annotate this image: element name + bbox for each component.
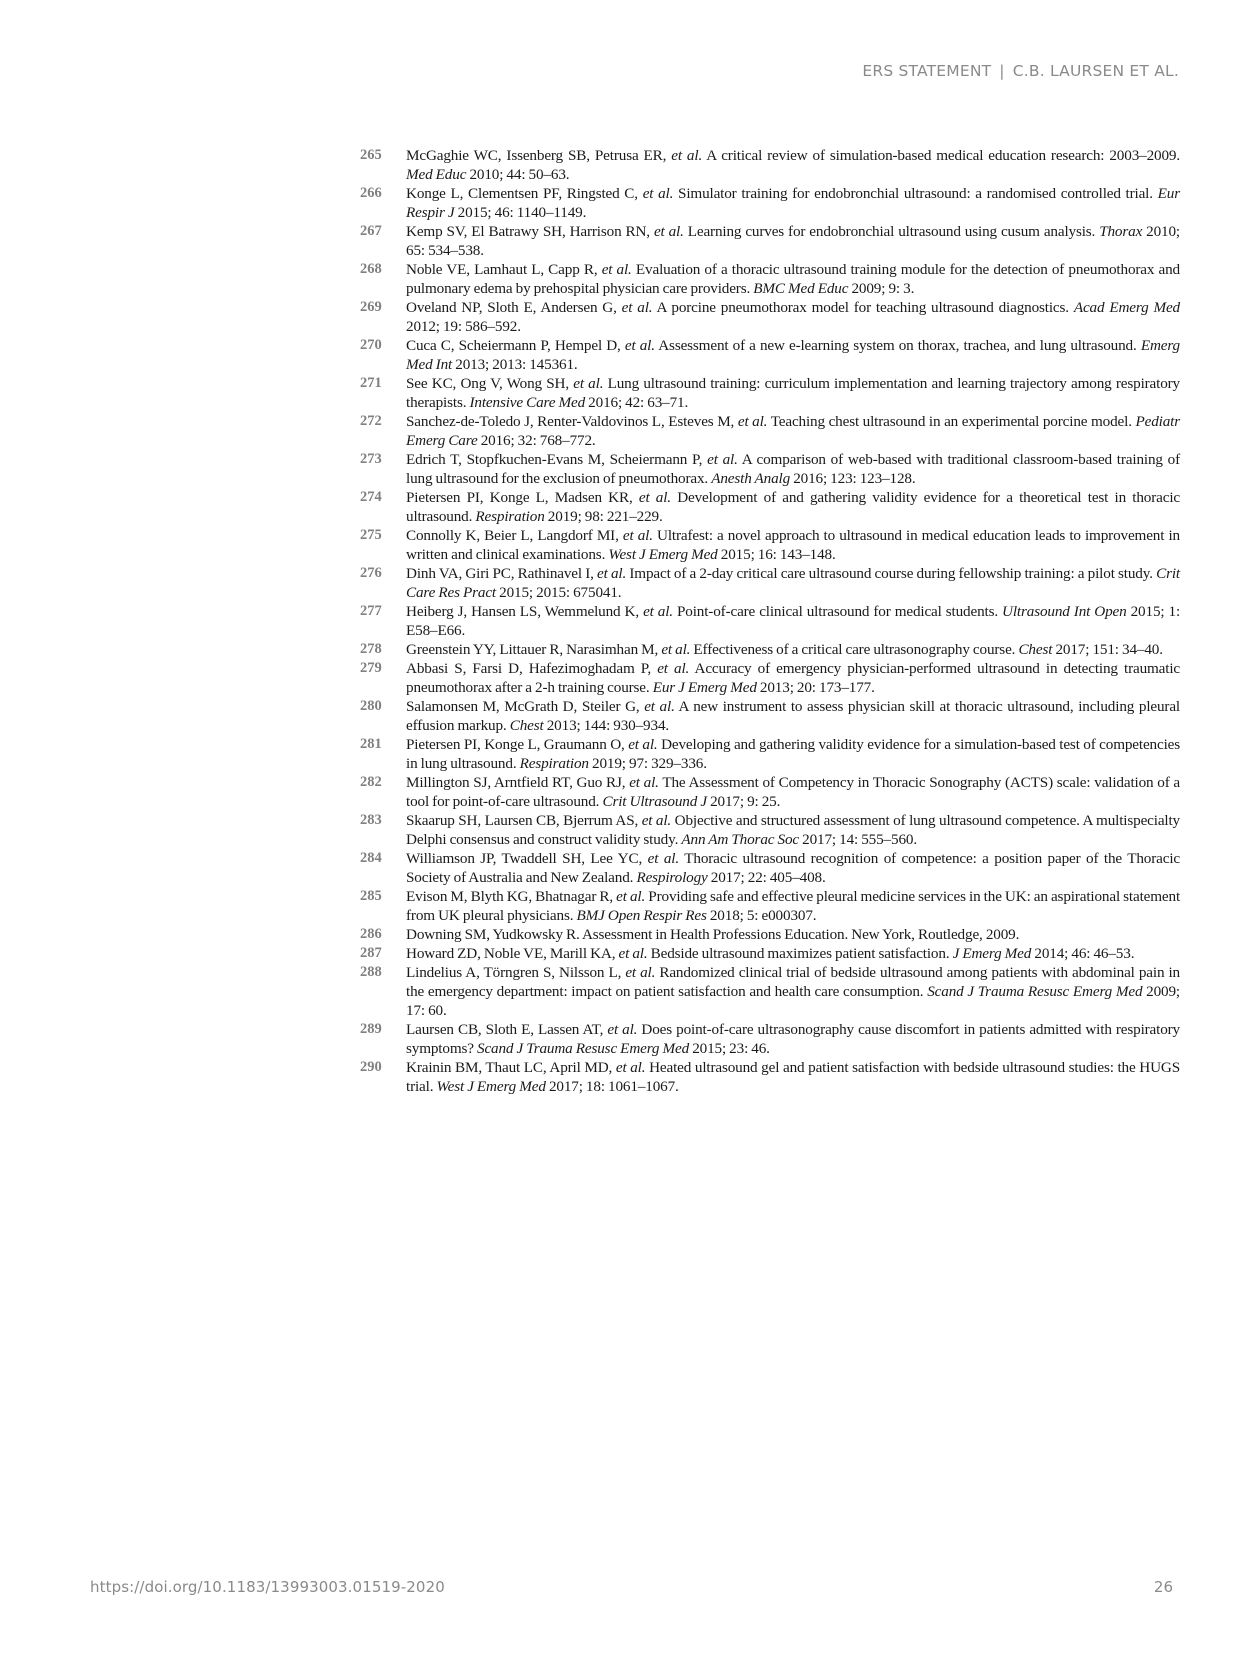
reference-item: 281Pietersen PI, Konge L, Graumann O, et… <box>360 735 1180 773</box>
reference-number: 265 <box>360 146 406 165</box>
reference-journal: Eur J Emerg Med <box>653 679 757 696</box>
reference-journal: Respirology <box>636 869 707 886</box>
reference-number: 282 <box>360 773 406 792</box>
reference-text: Sanchez-de-Toledo J, Renter-Valdovinos L… <box>406 412 1180 450</box>
reference-journal: Anesth Analg <box>711 470 790 487</box>
reference-authors: Pietersen PI, Konge L, Graumann O, <box>406 736 628 753</box>
reference-text: Greenstein YY, Littauer R, Narasimhan M,… <box>406 640 1180 659</box>
reference-item: 284Williamson JP, Twaddell SH, Lee YC, e… <box>360 849 1180 887</box>
reference-authors: Edrich T, Stopfkuchen-Evans M, Scheierma… <box>406 451 707 468</box>
reference-etal: et al. <box>643 603 673 620</box>
reference-journal: West J Emerg Med <box>608 546 717 563</box>
reference-etal: et al. <box>625 337 655 354</box>
reference-text: See KC, Ong V, Wong SH, et al. Lung ultr… <box>406 374 1180 412</box>
reference-authors: Heiberg J, Hansen LS, Wemmelund K, <box>406 603 643 620</box>
reference-item: 283Skaarup SH, Laursen CB, Bjerrum AS, e… <box>360 811 1180 849</box>
reference-journal: BMC Med Educ <box>753 280 848 297</box>
reference-text: Noble VE, Lamhaut L, Capp R, et al. Eval… <box>406 260 1180 298</box>
reference-item: 268Noble VE, Lamhaut L, Capp R, et al. E… <box>360 260 1180 298</box>
reference-text: Pietersen PI, Konge L, Madsen KR, et al.… <box>406 488 1180 526</box>
reference-item: 267Kemp SV, El Batrawy SH, Harrison RN, … <box>360 222 1180 260</box>
reference-item: 286Downing SM, Yudkowsky R. Assessment i… <box>360 925 1180 944</box>
reference-text: Oveland NP, Sloth E, Andersen G, et al. … <box>406 298 1180 336</box>
reference-number: 267 <box>360 222 406 241</box>
reference-etal: et al. <box>616 1059 646 1076</box>
reference-item: 272Sanchez-de-Toledo J, Renter-Valdovino… <box>360 412 1180 450</box>
reference-etal: et al. <box>639 489 671 506</box>
doi-link[interactable]: https://doi.org/10.1183/13993003.01519-2… <box>90 1578 445 1596</box>
reference-text: Laursen CB, Sloth E, Lassen AT, et al. D… <box>406 1020 1180 1058</box>
header-authors: C.B. LAURSEN ET AL. <box>1013 62 1179 80</box>
reference-authors: Dinh VA, Giri PC, Rathinavel I, <box>406 565 597 582</box>
reference-etal: et al. <box>619 945 648 962</box>
reference-item: 289Laursen CB, Sloth E, Lassen AT, et al… <box>360 1020 1180 1058</box>
reference-item: 287Howard ZD, Noble VE, Marill KA, et al… <box>360 944 1180 963</box>
reference-number: 266 <box>360 184 406 203</box>
reference-authors: Millington SJ, Arntfield RT, Guo RJ, <box>406 774 629 791</box>
reference-citation: 2017; 9: 25. <box>707 793 780 810</box>
reference-item: 273Edrich T, Stopfkuchen-Evans M, Scheie… <box>360 450 1180 488</box>
reference-number: 287 <box>360 944 406 963</box>
reference-number: 273 <box>360 450 406 469</box>
reference-etal: et al. <box>623 527 653 544</box>
reference-authors: Laursen CB, Sloth E, Lassen AT, <box>406 1021 607 1038</box>
reference-etal: et al. <box>661 641 690 658</box>
reference-number: 270 <box>360 336 406 355</box>
reference-title: Point-of-care clinical ultrasound for me… <box>673 603 1002 620</box>
reference-item: 275Connolly K, Beier L, Langdorf MI, et … <box>360 526 1180 564</box>
reference-list: 265McGaghie WC, Issenberg SB, Petrusa ER… <box>360 146 1180 1096</box>
reference-citation: 2014; 46: 46–53. <box>1031 945 1134 962</box>
reference-authors: Skaarup SH, Laursen CB, Bjerrum AS, <box>406 812 642 829</box>
reference-item: 271See KC, Ong V, Wong SH, et al. Lung u… <box>360 374 1180 412</box>
running-header: ERS STATEMENT|C.B. LAURSEN ET AL. <box>862 62 1179 80</box>
reference-authors: Noble VE, Lamhaut L, Capp R, <box>406 261 602 278</box>
reference-authors: Krainin BM, Thaut LC, April MD, <box>406 1059 616 1076</box>
reference-citation: 2018; 5: e000307. <box>707 907 817 924</box>
reference-number: 274 <box>360 488 406 507</box>
reference-text: Edrich T, Stopfkuchen-Evans M, Scheierma… <box>406 450 1180 488</box>
reference-title: Teaching chest ultrasound in an experime… <box>767 413 1135 430</box>
reference-etal: et al. <box>625 964 655 981</box>
reference-etal: et al. <box>616 888 645 905</box>
reference-title: Bedside ultrasound maximizes patient sat… <box>648 945 953 962</box>
reference-number: 284 <box>360 849 406 868</box>
reference-number: 268 <box>360 260 406 279</box>
reference-citation: 2019; 97: 329–336. <box>589 755 707 772</box>
page-number: 26 <box>1154 1578 1173 1596</box>
reference-journal: Crit Ultrasound J <box>602 793 706 810</box>
reference-etal: et al. <box>738 413 767 430</box>
reference-citation: 2016; 42: 63–71. <box>585 394 688 411</box>
reference-citation: 2012; 19: 586–592. <box>406 318 521 335</box>
reference-text: McGaghie WC, Issenberg SB, Petrusa ER, e… <box>406 146 1180 184</box>
reference-text: Evison M, Blyth KG, Bhatnagar R, et al. … <box>406 887 1180 925</box>
reference-etal: et al. <box>643 185 674 202</box>
reference-authors: Cuca C, Scheiermann P, Hempel D, <box>406 337 625 354</box>
reference-number: 290 <box>360 1058 406 1077</box>
reference-title: A porcine pneumothorax model for teachin… <box>652 299 1073 316</box>
reference-citation: 2010; 44: 50–63. <box>466 166 569 183</box>
reference-etal: et al. <box>597 565 626 582</box>
reference-text: Konge L, Clementsen PF, Ringsted C, et a… <box>406 184 1180 222</box>
header-section: ERS STATEMENT <box>862 62 991 80</box>
reference-number: 272 <box>360 412 406 431</box>
reference-journal: Acad Emerg Med <box>1074 299 1180 316</box>
reference-etal: et al. <box>622 299 653 316</box>
reference-citation: 2017; 22: 405–408. <box>708 869 826 886</box>
reference-etal: et al. <box>573 375 603 392</box>
reference-citation: 2013; 2013: 145361. <box>452 356 577 373</box>
reference-text: Pietersen PI, Konge L, Graumann O, et al… <box>406 735 1180 773</box>
reference-journal: Intensive Care Med <box>470 394 586 411</box>
reference-etal: et al. <box>707 451 738 468</box>
reference-etal: et al. <box>654 223 684 240</box>
reference-text: Krainin BM, Thaut LC, April MD, et al. H… <box>406 1058 1180 1096</box>
reference-text: Salamonsen M, McGrath D, Steiler G, et a… <box>406 697 1180 735</box>
reference-citation: 2017; 18: 1061–1067. <box>546 1078 679 1095</box>
reference-etal: et al. <box>644 698 675 715</box>
reference-item: 278Greenstein YY, Littauer R, Narasimhan… <box>360 640 1180 659</box>
reference-authors: Kemp SV, El Batrawy SH, Harrison RN, <box>406 223 654 240</box>
reference-citation: 2013; 144: 930–934. <box>544 717 669 734</box>
reference-etal: et al. <box>607 1021 637 1038</box>
reference-number: 286 <box>360 925 406 944</box>
reference-etal: et al. <box>629 774 659 791</box>
reference-journal: Ultrasound Int Open <box>1002 603 1127 620</box>
reference-text: Millington SJ, Arntfield RT, Guo RJ, et … <box>406 773 1180 811</box>
reference-journal: Scand J Trauma Resusc Emerg Med <box>927 983 1142 1000</box>
reference-journal: West J Emerg Med <box>437 1078 546 1095</box>
reference-number: 275 <box>360 526 406 545</box>
reference-title: Assessment of a new e-learning system on… <box>655 337 1141 354</box>
reference-citation: 2015; 23: 46. <box>689 1040 770 1057</box>
reference-text: Heiberg J, Hansen LS, Wemmelund K, et al… <box>406 602 1180 640</box>
reference-number: 283 <box>360 811 406 830</box>
reference-title: Simulator training for endobronchial ult… <box>673 185 1157 202</box>
reference-citation: 2019; 98: 221–229. <box>545 508 663 525</box>
reference-authors: Lindelius A, Törngren S, Nilsson L, <box>406 964 625 981</box>
reference-item: 276Dinh VA, Giri PC, Rathinavel I, et al… <box>360 564 1180 602</box>
reference-number: 289 <box>360 1020 406 1039</box>
reference-authors: Sanchez-de-Toledo J, Renter-Valdovinos L… <box>406 413 738 430</box>
reference-journal: Chest <box>1018 641 1052 658</box>
reference-authors: Evison M, Blyth KG, Bhatnagar R, <box>406 888 616 905</box>
reference-etal: et al. <box>671 147 702 164</box>
reference-item: 269Oveland NP, Sloth E, Andersen G, et a… <box>360 298 1180 336</box>
reference-number: 278 <box>360 640 406 659</box>
reference-citation: 2009; 9: 3. <box>848 280 914 297</box>
reference-text: Howard ZD, Noble VE, Marill KA, et al. B… <box>406 944 1180 963</box>
reference-item: 285Evison M, Blyth KG, Bhatnagar R, et a… <box>360 887 1180 925</box>
reference-citation: 2017; 151: 34–40. <box>1052 641 1163 658</box>
reference-etal: et al. <box>642 812 671 829</box>
reference-text: Lindelius A, Törngren S, Nilsson L, et a… <box>406 963 1180 1020</box>
reference-authors: Abbasi S, Farsi D, Hafezimoghadam P, <box>406 660 657 677</box>
reference-text: Kemp SV, El Batrawy SH, Harrison RN, et … <box>406 222 1180 260</box>
reference-text: Cuca C, Scheiermann P, Hempel D, et al. … <box>406 336 1180 374</box>
reference-title: A critical review of simulation-based me… <box>702 147 1180 164</box>
reference-item: 279Abbasi S, Farsi D, Hafezimoghadam P, … <box>360 659 1180 697</box>
reference-title: Impact of a 2-day critical care ultrasou… <box>626 565 1156 582</box>
reference-number: 277 <box>360 602 406 621</box>
reference-authors: Salamonsen M, McGrath D, Steiler G, <box>406 698 644 715</box>
reference-journal: J Emerg Med <box>953 945 1032 962</box>
reference-text: Connolly K, Beier L, Langdorf MI, et al.… <box>406 526 1180 564</box>
reference-journal: Thorax <box>1099 223 1142 240</box>
reference-authors: Downing SM, Yudkowsky R. Assessment in H… <box>406 926 1019 943</box>
reference-etal: et al. <box>628 736 657 753</box>
reference-citation: 2015; 46: 1140–1149. <box>455 204 587 221</box>
reference-text: Downing SM, Yudkowsky R. Assessment in H… <box>406 925 1180 944</box>
reference-citation: 2017; 14: 555–560. <box>799 831 917 848</box>
reference-journal: Chest <box>510 717 544 734</box>
reference-citation: 2016; 123: 123–128. <box>790 470 915 487</box>
reference-citation: 2015; 2015: 675041. <box>496 584 621 601</box>
reference-item: 265McGaghie WC, Issenberg SB, Petrusa ER… <box>360 146 1180 184</box>
reference-journal: Med Educ <box>406 166 466 183</box>
reference-authors: Howard ZD, Noble VE, Marill KA, <box>406 945 619 962</box>
reference-journal: Respiration <box>475 508 544 525</box>
reference-authors: Oveland NP, Sloth E, Andersen G, <box>406 299 622 316</box>
reference-number: 276 <box>360 564 406 583</box>
reference-authors: Konge L, Clementsen PF, Ringsted C, <box>406 185 643 202</box>
reference-item: 266Konge L, Clementsen PF, Ringsted C, e… <box>360 184 1180 222</box>
header-separator: | <box>999 62 1004 80</box>
reference-item: 282Millington SJ, Arntfield RT, Guo RJ, … <box>360 773 1180 811</box>
reference-title: Learning curves for endobronchial ultras… <box>684 223 1099 240</box>
reference-text: Abbasi S, Farsi D, Hafezimoghadam P, et … <box>406 659 1180 697</box>
reference-number: 281 <box>360 735 406 754</box>
reference-item: 280Salamonsen M, McGrath D, Steiler G, e… <box>360 697 1180 735</box>
reference-number: 269 <box>360 298 406 317</box>
reference-text: Skaarup SH, Laursen CB, Bjerrum AS, et a… <box>406 811 1180 849</box>
reference-authors: Connolly K, Beier L, Langdorf MI, <box>406 527 623 544</box>
reference-item: 290Krainin BM, Thaut LC, April MD, et al… <box>360 1058 1180 1096</box>
reference-etal: et al. <box>657 660 689 677</box>
reference-number: 280 <box>360 697 406 716</box>
reference-item: 288Lindelius A, Törngren S, Nilsson L, e… <box>360 963 1180 1020</box>
reference-authors: Williamson JP, Twaddell SH, Lee YC, <box>406 850 648 867</box>
reference-authors: See KC, Ong V, Wong SH, <box>406 375 573 392</box>
reference-citation: 2015; 16: 143–148. <box>718 546 836 563</box>
reference-journal: BMJ Open Respir Res <box>577 907 707 924</box>
reference-number: 271 <box>360 374 406 393</box>
reference-item: 270Cuca C, Scheiermann P, Hempel D, et a… <box>360 336 1180 374</box>
reference-journal: Scand J Trauma Resusc Emerg Med <box>477 1040 689 1057</box>
reference-authors: Greenstein YY, Littauer R, Narasimhan M, <box>406 641 661 658</box>
reference-etal: et al. <box>602 261 632 278</box>
reference-journal: Respiration <box>520 755 589 772</box>
reference-text: Dinh VA, Giri PC, Rathinavel I, et al. I… <box>406 564 1180 602</box>
reference-citation: 2013; 20: 173–177. <box>757 679 875 696</box>
reference-authors: Pietersen PI, Konge L, Madsen KR, <box>406 489 639 506</box>
reference-item: 277Heiberg J, Hansen LS, Wemmelund K, et… <box>360 602 1180 640</box>
reference-number: 279 <box>360 659 406 678</box>
reference-number: 288 <box>360 963 406 982</box>
reference-number: 285 <box>360 887 406 906</box>
reference-etal: et al. <box>648 850 679 867</box>
reference-authors: McGaghie WC, Issenberg SB, Petrusa ER, <box>406 147 671 164</box>
reference-title: Effectiveness of a critical care ultraso… <box>690 641 1018 658</box>
reference-item: 274Pietersen PI, Konge L, Madsen KR, et … <box>360 488 1180 526</box>
reference-citation: 2016; 32: 768–772. <box>478 432 596 449</box>
reference-text: Williamson JP, Twaddell SH, Lee YC, et a… <box>406 849 1180 887</box>
reference-journal: Ann Am Thorac Soc <box>681 831 799 848</box>
